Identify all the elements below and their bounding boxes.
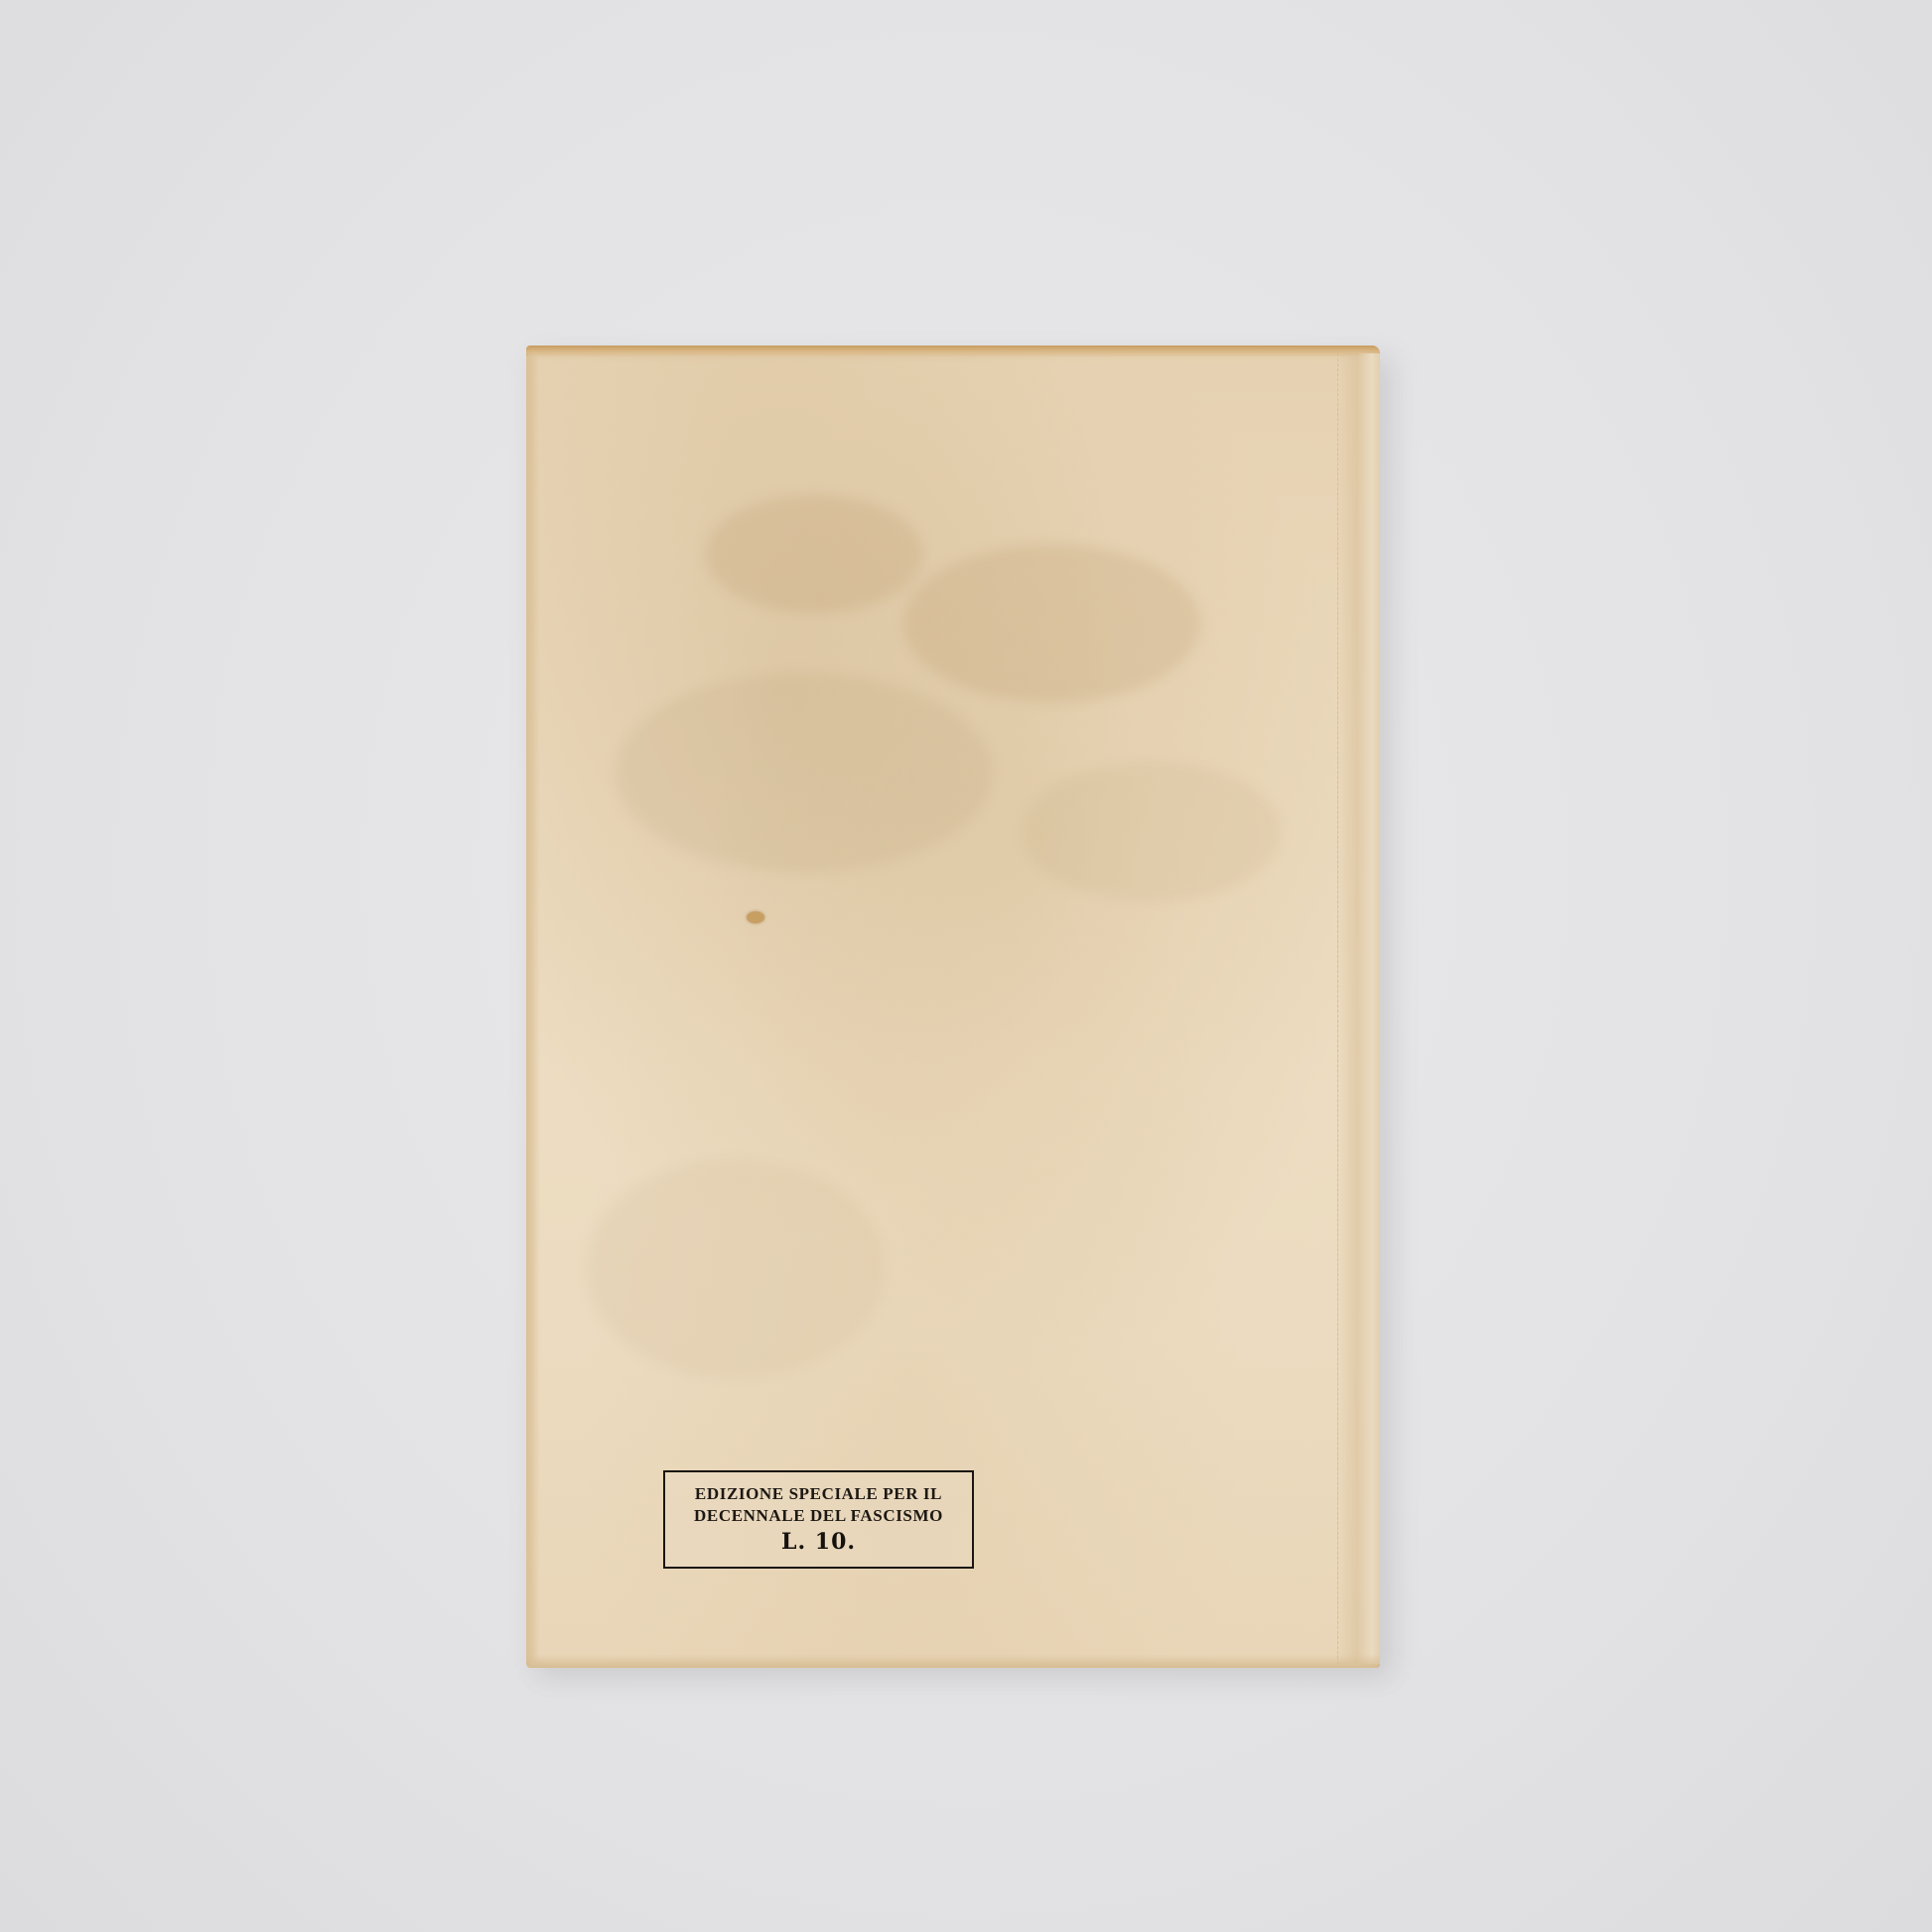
edition-price-label: EDIZIONE SPECIALE PER IL DECENNALE DEL F…	[663, 1470, 974, 1569]
foxing-stain	[1023, 762, 1281, 901]
label-line-2: DECENNALE DEL FASCISMO	[694, 1505, 943, 1527]
book-back-cover: EDIZIONE SPECIALE PER IL DECENNALE DEL F…	[526, 345, 1380, 1668]
foxing-stain	[705, 494, 923, 614]
foxing-stain	[586, 1160, 884, 1378]
book-left-edge	[526, 355, 540, 1662]
label-price: L. 10.	[781, 1528, 856, 1556]
foxing-stain	[616, 673, 993, 872]
book-spine-edge	[1337, 353, 1380, 1664]
label-line-1: EDIZIONE SPECIALE PER IL	[695, 1483, 942, 1505]
photo-scene: EDIZIONE SPECIALE PER IL DECENNALE DEL F…	[0, 0, 1932, 1932]
foxing-stain	[903, 544, 1201, 703]
paper-blemish	[747, 911, 764, 923]
book-bottom-edge	[526, 1654, 1380, 1668]
book-top-edge	[526, 345, 1380, 357]
